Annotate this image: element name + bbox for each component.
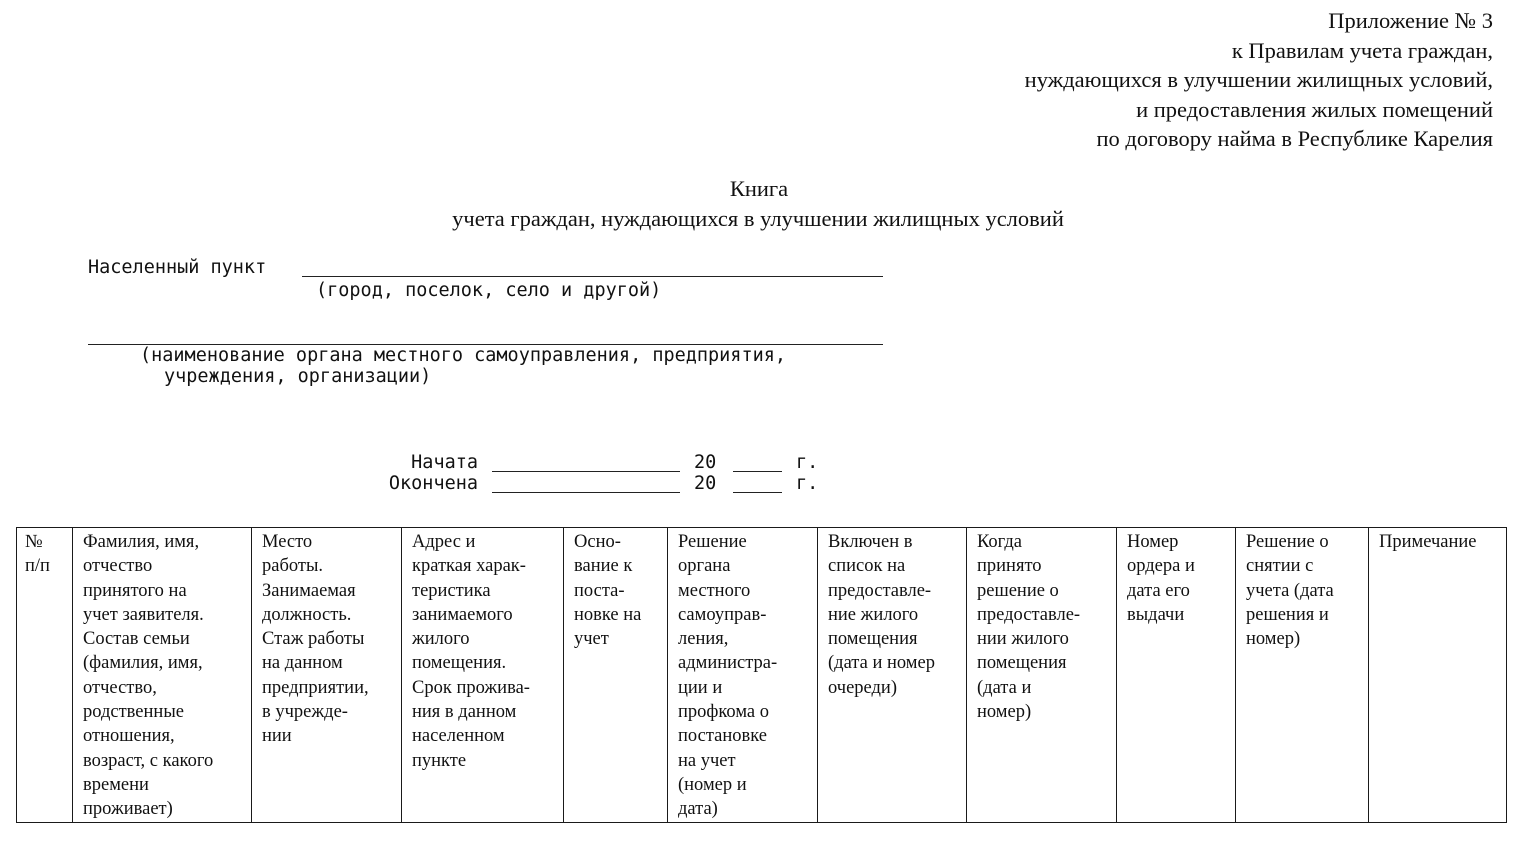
column-header-address: Адрес икраткая харак-теристиказанимаемог…	[402, 528, 564, 823]
started-label: Начата	[358, 452, 478, 473]
settlement-field[interactable]	[302, 276, 883, 277]
column-header-line: родственные	[83, 700, 243, 724]
column-header-line: (дата и	[977, 676, 1108, 700]
column-header-line: ордера и	[1127, 554, 1227, 578]
column-header-applicant: Фамилия, имя,отчествопринятого научет за…	[73, 528, 252, 823]
column-header-workplace: Местоработы.Занимаемаядолжность.Стаж раб…	[252, 528, 402, 823]
column-header-line: органа	[678, 554, 809, 578]
column-header-line: помещения	[828, 627, 958, 651]
column-header-line: времени	[83, 773, 243, 797]
column-header-line: самоуправ-	[678, 603, 809, 627]
column-header-line: Когда	[977, 530, 1108, 554]
column-header-line: Включен в	[828, 530, 958, 554]
column-header-line: ления,	[678, 627, 809, 651]
appendix-line: и предоставления жилых помещений	[1025, 95, 1493, 125]
column-header-line: в учрежде-	[262, 700, 393, 724]
column-header-line: список на	[828, 554, 958, 578]
finished-label: Окончена	[358, 473, 478, 494]
column-header-line: администра-	[678, 651, 809, 675]
organization-hint-line-2: учреждения, организации)	[164, 366, 431, 387]
column-header-line: предоставле-	[977, 603, 1108, 627]
column-header-line: работы.	[262, 554, 393, 578]
column-header-line: жилого	[412, 627, 555, 651]
column-header-line: помещения	[977, 651, 1108, 675]
column-header-line: должность.	[262, 603, 393, 627]
started-year-field[interactable]	[733, 471, 782, 472]
column-header-line: отчество,	[83, 676, 243, 700]
started-year-suffix: г.	[796, 452, 818, 473]
table-header-row: №п/п Фамилия, имя,отчествопринятого науч…	[17, 528, 1507, 823]
column-header-line: населенном	[412, 724, 555, 748]
column-header-line: Срок прожива-	[412, 676, 555, 700]
column-header-line: Состав семьи	[83, 627, 243, 651]
finished-century: 20	[694, 473, 716, 494]
finished-date-field[interactable]	[492, 492, 680, 493]
column-header-line: решения и	[1246, 603, 1360, 627]
title-line-2: учета граждан, нуждающихся в улучшении ж…	[0, 204, 1519, 234]
column-header-line: Номер	[1127, 530, 1227, 554]
column-header-line: ние жилого	[828, 603, 958, 627]
column-header-line: на учет	[678, 749, 809, 773]
appendix-line: к Правилам учета граждан,	[1025, 36, 1493, 66]
column-header-line: Осно-	[574, 530, 659, 554]
organization-hint-line-1: (наименование органа местного самоуправл…	[140, 345, 786, 366]
column-header-line: краткая харак-	[412, 554, 555, 578]
column-header-line: (номер и	[678, 773, 809, 797]
column-header-line: Адрес и	[412, 530, 555, 554]
column-header-line: (фамилия, имя,	[83, 651, 243, 675]
column-header-line: Место	[262, 530, 393, 554]
column-header-line: принятого на	[83, 579, 243, 603]
column-header-line: Примечание	[1379, 530, 1498, 554]
column-header-line: возраст, с какого	[83, 749, 243, 773]
column-header-line: очереди)	[828, 676, 958, 700]
column-header-line: снятии с	[1246, 554, 1360, 578]
column-header-line: местного	[678, 579, 809, 603]
column-header-line: Фамилия, имя,	[83, 530, 243, 554]
title-line-1: Книга	[0, 174, 1520, 204]
column-header-line: учет	[574, 627, 659, 651]
column-header-when-decided: Когдаприняторешение опредоставле-нии жил…	[967, 528, 1117, 823]
column-header-line: нии	[262, 724, 393, 748]
column-header-line: проживает)	[83, 797, 243, 821]
column-header-line: Стаж работы	[262, 627, 393, 651]
column-header-line: помещения.	[412, 651, 555, 675]
column-header-line: Решение	[678, 530, 809, 554]
column-header-line: решение о	[977, 579, 1108, 603]
started-date-field[interactable]	[492, 471, 680, 472]
started-century: 20	[694, 452, 716, 473]
column-header-line: учет заявителя.	[83, 603, 243, 627]
column-header-line: ния в данном	[412, 700, 555, 724]
column-header-basis: Осно-вание кпоста-новке научет	[564, 528, 668, 823]
column-header-removal: Решение оснятии сучета (датарешения ином…	[1236, 528, 1369, 823]
column-header-number: №п/п	[17, 528, 73, 823]
column-header-line: нии жилого	[977, 627, 1108, 651]
column-header-decision: Решениеорганаместногосамоуправ-ления,адм…	[668, 528, 818, 823]
column-header-line: новке на	[574, 603, 659, 627]
column-header-line: Решение о	[1246, 530, 1360, 554]
column-header-note: Примечание	[1369, 528, 1507, 823]
column-header-line: отношения,	[83, 724, 243, 748]
column-header-line: пункте	[412, 749, 555, 773]
column-header-line: принято	[977, 554, 1108, 578]
column-header-line: Занимаемая	[262, 579, 393, 603]
column-header-line: ции и	[678, 676, 809, 700]
column-header-line: теристика	[412, 579, 555, 603]
settlement-hint: (город, поселок, село и другой)	[316, 280, 661, 301]
column-header-line: (дата и номер	[828, 651, 958, 675]
column-header-line: дата)	[678, 797, 809, 821]
column-header-included: Включен всписок напредоставле-ние жилого…	[818, 528, 967, 823]
appendix-line: по договору найма в Республике Карелия	[1025, 124, 1493, 154]
column-header-order: Номерордера идата еговыдачи	[1117, 528, 1236, 823]
finished-year-field[interactable]	[733, 492, 782, 493]
appendix-line: нуждающихся в улучшении жилищных условий…	[1025, 65, 1493, 95]
column-header-line: постановке	[678, 724, 809, 748]
column-header-line: поста-	[574, 579, 659, 603]
column-header-line: номер)	[1246, 627, 1360, 651]
column-header-line: дата его	[1127, 579, 1227, 603]
column-header-line: предприятии,	[262, 676, 393, 700]
appendix-header: Приложение № 3 к Правилам учета граждан,…	[1025, 6, 1493, 154]
column-header-line: отчество	[83, 554, 243, 578]
column-header-line: п/п	[25, 554, 64, 578]
column-header-line: занимаемого	[412, 603, 555, 627]
column-header-line: выдачи	[1127, 603, 1227, 627]
register-table: №п/п Фамилия, имя,отчествопринятого науч…	[16, 527, 1507, 823]
column-header-line: профкома о	[678, 700, 809, 724]
document-title: Книга учета граждан, нуждающихся в улучш…	[0, 174, 1522, 234]
column-header-line: вание к	[574, 554, 659, 578]
column-header-line: на данном	[262, 651, 393, 675]
appendix-line: Приложение № 3	[1025, 6, 1493, 36]
finished-year-suffix: г.	[796, 473, 818, 494]
column-header-line: номер)	[977, 700, 1108, 724]
settlement-label: Населенный пункт	[88, 257, 266, 278]
column-header-line: предоставле-	[828, 579, 958, 603]
column-header-line: №	[25, 530, 64, 554]
column-header-line: учета (дата	[1246, 579, 1360, 603]
